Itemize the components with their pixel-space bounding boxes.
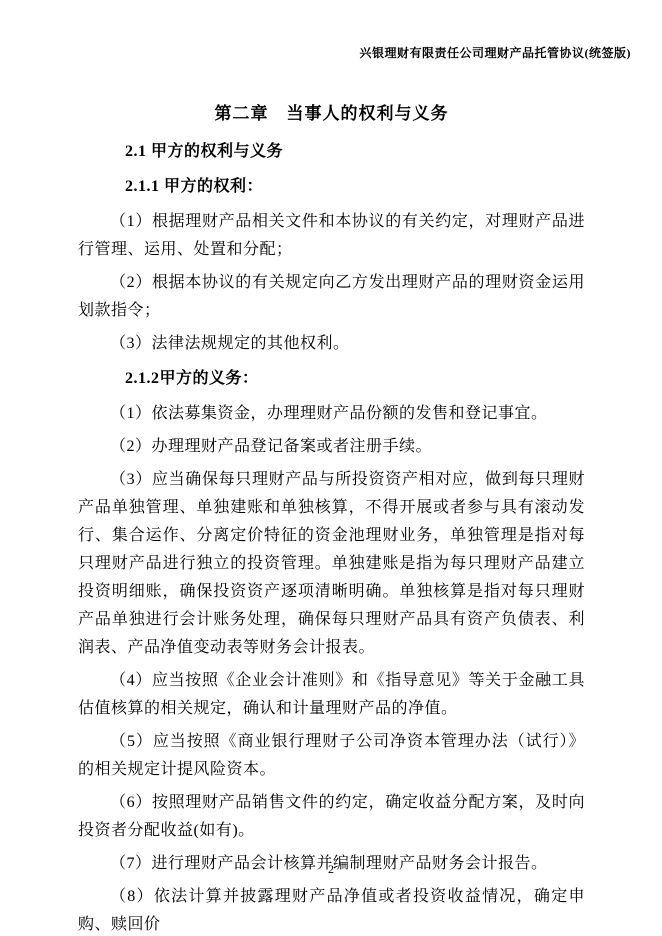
paragraph-duties-6: （6）按照理财产品销售文件的约定，确定收益分配方案，及时向投资者分配收益(如有)…	[78, 789, 585, 845]
section-heading-2-1: 2.1 甲方的权利与义务	[125, 138, 585, 166]
page-number: 2	[0, 862, 662, 877]
chapter-title: 第二章 当事人的权利与义务	[78, 102, 585, 126]
paragraph-duties-8: （8）依法计算并披露理财产品净值或者投资收益情况，确定申购、赎回价	[78, 883, 585, 936]
paragraph-rights-2: （2）根据本协议的有关规定向乙方发出理财产品的理财资金运用划款指令；	[78, 269, 585, 325]
paragraph-rights-1: （1）根据理财产品相关文件和本协议的有关约定，对理财产品进行管理、运用、处置和分…	[78, 208, 585, 264]
document-body: 第二章 当事人的权利与义务 2.1 甲方的权利与义务 2.1.1 甲方的权利： …	[78, 102, 585, 936]
paragraph-rights-3: （3）法律法规规定的其他权利。	[78, 330, 585, 358]
paragraph-duties-5: （5）应当按照《商业银行理财子公司净资本管理办法（试行）》的相关规定计提风险资本…	[78, 728, 585, 784]
paragraph-duties-3: （3）应当确保每只理财产品与所投资资产相对应，做到每只理财产品单独管理、单独建账…	[78, 466, 585, 662]
document-page: 兴银理财有限责任公司理财产品托管协议(统签版) 第二章 当事人的权利与义务 2.…	[0, 0, 662, 936]
paragraph-duties-4: （4）应当按照《企业会计准则》和《指导意见》等关于金融工具估值核算的相关规定，确…	[78, 667, 585, 723]
paragraph-duties-2: （2）办理理财产品登记备案或者注册手续。	[78, 433, 585, 461]
paragraph-duties-1: （1）依法募集资金，办理理财产品份额的发售和登记事宜。	[78, 400, 585, 428]
running-header: 兴银理财有限责任公司理财产品托管协议(统签版)	[360, 44, 632, 61]
section-heading-2-1-1: 2.1.1 甲方的权利：	[125, 173, 585, 201]
section-heading-2-1-2: 2.1.2甲方的义务：	[125, 365, 585, 393]
